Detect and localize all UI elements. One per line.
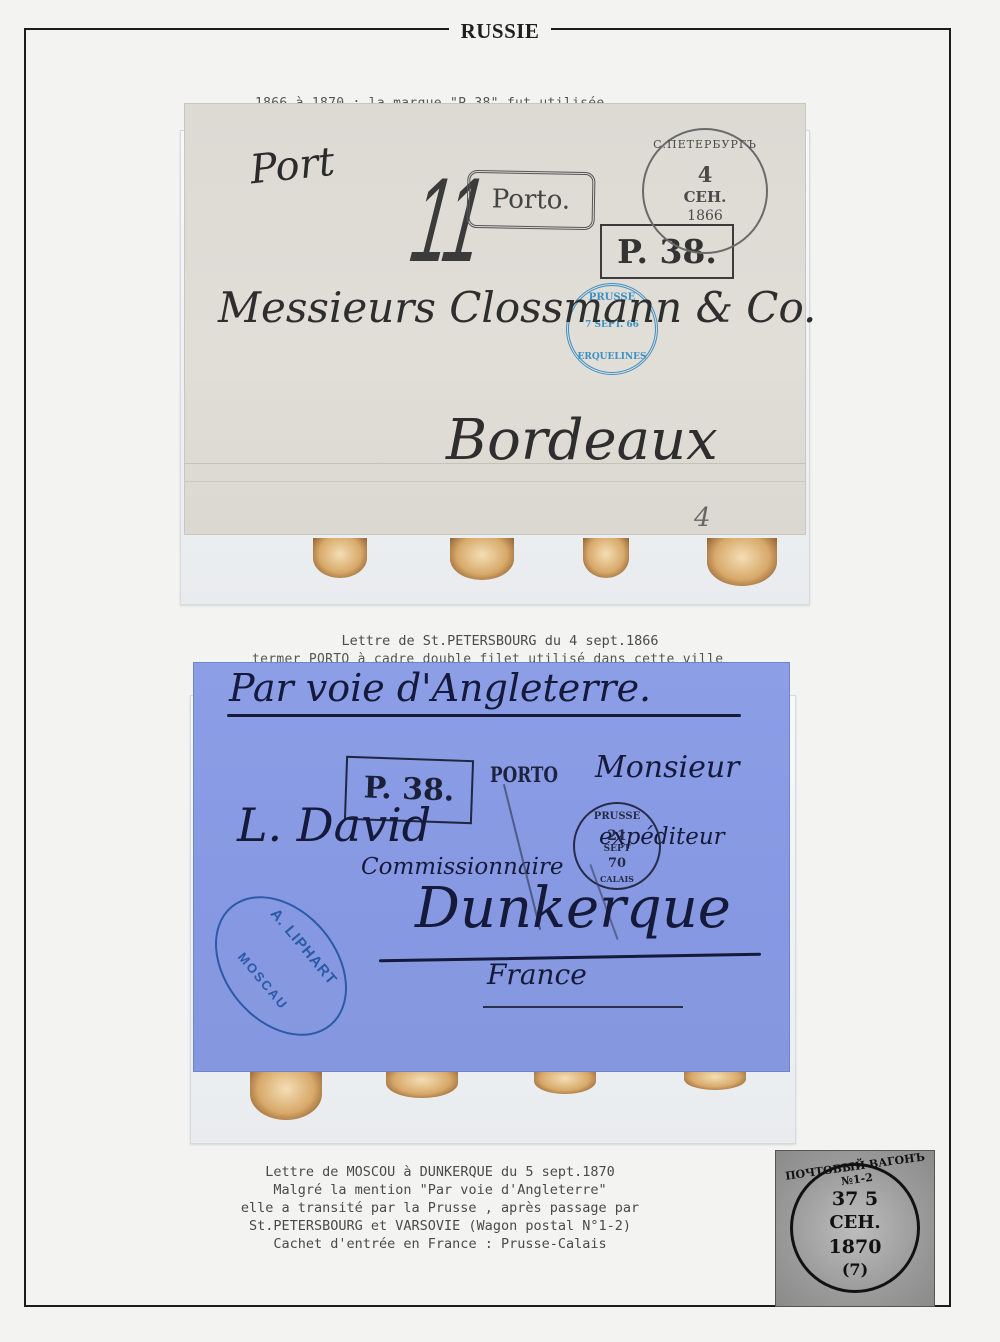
manuscript-city: Dunkerque	[415, 876, 731, 941]
caption-item-1: Lettre de St.PETERSBOURG du 4 sept.1866	[0, 632, 1000, 650]
hinge	[583, 538, 629, 578]
cancel-line-4: (7)	[793, 1260, 917, 1279]
manuscript-port: Port	[248, 139, 337, 194]
entry-cds-day: 21	[575, 828, 659, 844]
page-title: RUSSIE	[449, 19, 552, 44]
entry-cds-bottom: ERQUELINES	[569, 352, 655, 362]
origin-datestamp: С.ПЕТЕРБУРГЪ 4 СЕН. 1866	[642, 128, 768, 254]
sender-oval-cachet: A. LIPHART MOSCAU	[188, 870, 374, 1061]
route-underline	[227, 714, 741, 717]
porto-marking: PORTO	[490, 762, 558, 787]
entry-cds-top: PRUSSE	[575, 811, 659, 822]
origin-datestamp-top: С.ПЕТЕРБУРГЪ	[644, 138, 766, 151]
cancel-enlargement-image: ПОЧТОВЫЙ ВАГОНЪ №1-2 37 5 СЕН. 1870 (7)	[775, 1150, 935, 1307]
fold-line	[184, 481, 806, 482]
hinge	[386, 1068, 458, 1098]
manuscript-salutation: Monsieur	[595, 750, 740, 785]
entry-cds-year: 70	[575, 856, 659, 871]
page-title-wrap: RUSSIE	[0, 20, 1000, 45]
cancel-line-1: 37 5	[793, 1188, 917, 1210]
cancel-line-3: 1870	[793, 1236, 917, 1258]
cancel-line-2: СЕН.	[793, 1212, 917, 1233]
travelling-post-office-cancel: ПОЧТОВЫЙ ВАГОНЪ №1-2 37 5 СЕН. 1870 (7)	[790, 1163, 920, 1293]
origin-datestamp-day: 4	[644, 162, 766, 187]
cover-moscow-1870[interactable]: Par voie d'Angleterre. P. 38. PORTO Mons…	[193, 662, 790, 1072]
porto-marking: Porto.	[467, 170, 596, 230]
cover-st-petersburg-1866[interactable]: Port 11 Porto. P. 38. С.ПЕТЕРБУРГЪ 4 СЕН…	[184, 103, 806, 535]
hinge	[313, 538, 367, 578]
hinge	[450, 538, 514, 580]
hinge	[250, 1068, 322, 1120]
hinge	[707, 538, 777, 586]
entry-cds-month: SEPT	[575, 844, 659, 854]
manuscript-route: Par voie d'Angleterre.	[229, 666, 651, 710]
origin-datestamp-month: СЕН.	[644, 188, 766, 206]
manuscript-corner-mark: 4	[694, 503, 711, 533]
manuscript-addressee: Messieurs Clossmann & Co.	[218, 283, 816, 332]
country-underline	[483, 1006, 683, 1008]
manuscript-city: Bordeaux	[446, 408, 718, 473]
manuscript-addressee: L. David	[237, 798, 431, 852]
origin-datestamp-year: 1866	[644, 208, 766, 224]
manuscript-country: France	[487, 958, 587, 991]
